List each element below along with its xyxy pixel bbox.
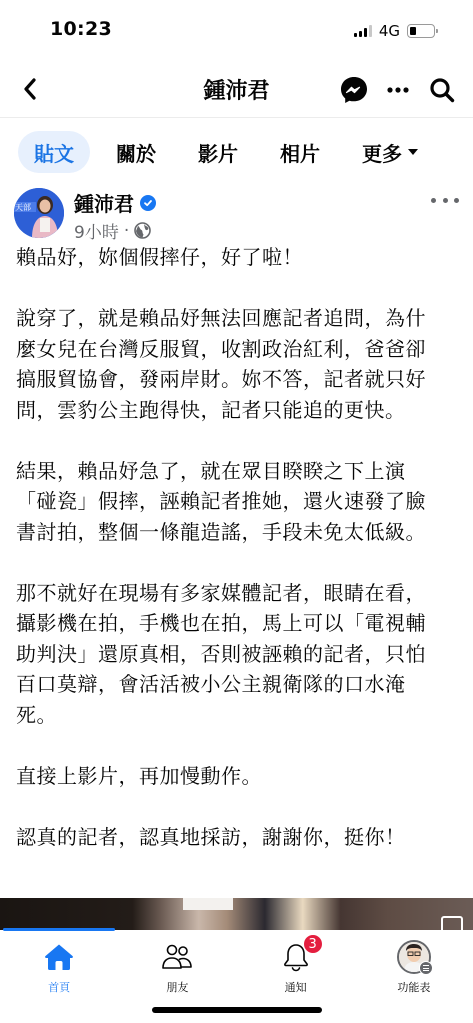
home-indicator[interactable] bbox=[152, 1007, 322, 1013]
notification-badge: 3 bbox=[303, 934, 323, 954]
messenger-button[interactable] bbox=[339, 75, 369, 105]
post-paragraph: 結果，賴品妤急了，就在眾目睽睽之下上演「碰瓷」假摔，誣賴記者推她，還火速發了臉書… bbox=[16, 456, 445, 548]
header-actions bbox=[339, 75, 457, 105]
more-options-button[interactable] bbox=[383, 75, 413, 105]
nav-menu-label: 功能表 bbox=[397, 979, 430, 995]
nav-menu[interactable]: 功能表 bbox=[355, 931, 473, 1001]
messenger-icon bbox=[339, 75, 369, 105]
page-header: 鍾沛君 bbox=[0, 60, 473, 118]
tab-about[interactable]: 關於 bbox=[100, 131, 172, 173]
network-type: 4G bbox=[379, 22, 400, 40]
home-icon bbox=[44, 943, 74, 971]
avatar-photo: 天部 bbox=[14, 188, 64, 238]
post-author: 鍾沛君 bbox=[74, 188, 156, 217]
nav-home-label: 首頁 bbox=[48, 979, 70, 995]
status-indicators: 4G bbox=[354, 22, 435, 40]
nav-friends-label: 朋友 bbox=[166, 979, 188, 995]
status-bar: 10:23 4G bbox=[0, 0, 473, 60]
status-time: 10:23 bbox=[50, 18, 112, 40]
nav-notifications[interactable]: 3 通知 bbox=[237, 931, 355, 1001]
menu-avatar-icon bbox=[397, 940, 431, 974]
caret-down-icon bbox=[408, 149, 418, 155]
post-paragraph: 賴品妤，妳個假摔仔，好了啦！ bbox=[16, 242, 445, 273]
tab-photos[interactable]: 相片 bbox=[264, 131, 336, 173]
tab-videos[interactable]: 影片 bbox=[182, 131, 254, 173]
search-icon bbox=[429, 77, 455, 103]
post-header: 天部 鍾沛君 9小時 · bbox=[14, 186, 459, 246]
post-options-button[interactable] bbox=[431, 192, 459, 208]
tab-posts[interactable]: 貼文 bbox=[18, 131, 90, 173]
post-paragraph: 那不就好在現場有多家媒體記者，眼睛在看，攝影機在拍，手機也在拍，馬上可以「電視輔… bbox=[16, 578, 445, 731]
nav-notifications-label: 通知 bbox=[285, 979, 307, 995]
verified-badge-icon bbox=[140, 195, 156, 211]
bottom-nav: 首頁 朋友 3 通知 bbox=[0, 931, 473, 1001]
post-text: 賴品妤，妳個假摔仔，好了啦！ 說穿了，就是賴品妤無法回應記者追問，為什麼女兒在台… bbox=[16, 242, 445, 883]
meta-separator: · bbox=[124, 221, 129, 241]
post-meta: 9小時 · bbox=[74, 218, 151, 243]
more-horizontal-icon bbox=[387, 87, 409, 93]
back-button[interactable] bbox=[18, 76, 42, 102]
picture-in-picture-icon[interactable] bbox=[441, 916, 463, 930]
battery-icon bbox=[407, 24, 435, 38]
post-paragraph: 說穿了，就是賴品妤無法回應記者追問，為什麼女兒在台灣反服貿，收割政治紅利，爸爸卻… bbox=[16, 303, 445, 425]
back-chevron-icon bbox=[23, 78, 37, 100]
signal-icon bbox=[354, 25, 372, 37]
menu-hamburger-icon bbox=[419, 961, 433, 975]
post-video[interactable] bbox=[0, 898, 473, 930]
nav-friends[interactable]: 朋友 bbox=[118, 931, 236, 1001]
tab-more[interactable]: 更多 bbox=[346, 131, 434, 173]
author-name[interactable]: 鍾沛君 bbox=[74, 188, 134, 217]
svg-text:天部: 天部 bbox=[15, 202, 31, 212]
author-avatar[interactable]: 天部 bbox=[14, 188, 64, 238]
search-button[interactable] bbox=[427, 75, 457, 105]
post-paragraph: 直接上影片，再加慢動作。 bbox=[16, 761, 445, 792]
post-paragraph: 認真的記者，認真地採訪，謝謝你，挺你！ bbox=[16, 822, 445, 853]
friends-icon bbox=[161, 943, 193, 971]
profile-tabs: 貼文 關於 影片 相片 更多 bbox=[18, 130, 455, 174]
public-globe-icon bbox=[134, 222, 151, 239]
nav-home[interactable]: 首頁 bbox=[0, 931, 118, 1001]
post-time[interactable]: 9小時 bbox=[74, 218, 119, 243]
